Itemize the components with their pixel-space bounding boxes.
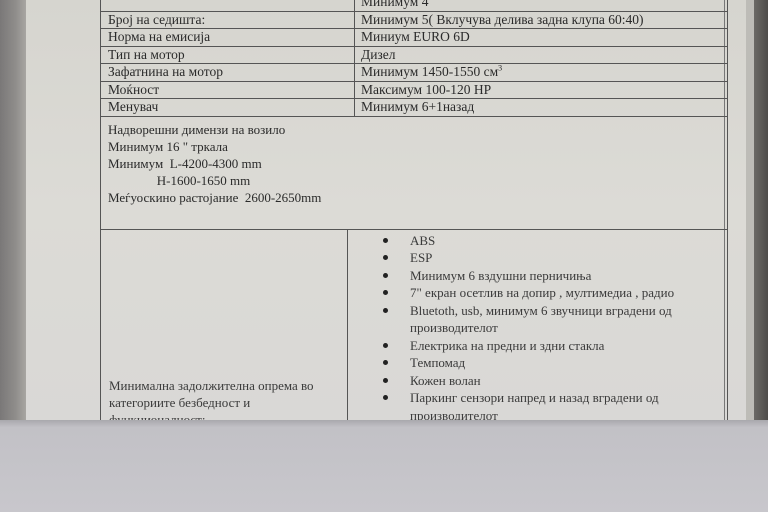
dimensions-line: Минимум 16 " тркала [108,138,720,155]
list-item-text: ABS [410,233,435,248]
spec-label: Број на седишта: [101,12,355,29]
spec-value: Минимум 5( Вклучува делива задна клупа 6… [355,12,727,29]
page-right-margin [746,0,754,420]
list-item: Минимум 6 вздушни перничиња [383,267,720,285]
list-item: 7" екран осетлив на допир , мултимедиа ,… [383,284,720,302]
bullet-icon [383,290,388,295]
spec-label: Менувач [101,99,355,116]
equipment-row: Минимална задолжителна опрема во категор… [101,230,727,421]
dimensions-line: Меѓуоскино растојание 2600-2650mm [108,189,720,206]
spec-value: Максимум 100-120 HP [355,82,727,99]
dimensions-line: Минимум L-4200-4300 mm [108,155,720,172]
list-item: Кожен волан [383,372,720,390]
spec-label: Зафатнина на мотор [101,64,355,81]
list-item-text: Минимум 6 вздушни перничиња [410,268,591,283]
list-item-text: 7" екран осетлив на допир , мултимедиа ,… [410,285,674,300]
spec-row-power: Моќност Максимум 100-120 HP [101,82,727,100]
list-item-text: Паркинг сензори напред и назад вградени … [410,390,659,420]
monitor-bezel-right [754,0,768,420]
spec-value-text: Минимум 1450-1550 см [361,64,498,79]
bullet-icon [383,360,388,365]
monitor-bezel-left [0,0,26,420]
dimensions-title: Надворешни димензи на возило [108,121,720,138]
spec-row-seats: Број на седишта: Минимум 5( Вклучува дел… [101,12,727,30]
spec-label: Норма на емисија [101,29,355,46]
superscript: 3 [498,64,502,73]
spec-row-gearbox: Менувач Минимум 6+1назад [101,99,727,117]
spec-table: Минимум 4 Број на седишта: Минимум 5( Вк… [100,0,728,420]
list-item-text: Електрика на предни и здни стакла [410,338,604,353]
equipment-list: ABS ESP Минимум 6 вздушни перничиња 7" е… [348,232,727,421]
bullet-icon [383,255,388,260]
list-item: Паркинг сензори напред и назад вградени … [383,389,720,420]
bullet-icon [383,308,388,313]
list-item-text: Кожен волан [410,373,481,388]
bullet-icon [383,273,388,278]
spec-label: Тип на мотор [101,47,355,64]
list-item: ABS [383,232,720,250]
equipment-label: Минимална задолжителна опрема во категор… [109,377,339,421]
list-item: ESP [383,249,720,267]
spec-value: Дизел [355,47,727,64]
spec-row-emission: Норма на емисија Миниум EURO 6D [101,29,727,47]
equipment-list-cell: ABS ESP Минимум 6 вздушни перничиња 7" е… [348,230,727,421]
list-item: Електрика на предни и здни стакла [383,337,720,355]
list-item-text: ESP [410,250,432,265]
bullet-icon [383,343,388,348]
spec-value: Миниум EURO 6D [355,29,727,46]
spec-row-displacement: Зафатнина на мотор Минимум 1450-1550 см3 [101,64,727,82]
list-item: Темпомад [383,354,720,372]
spec-value: Минимум 6+1назад [355,99,727,116]
bullet-icon [383,395,388,400]
bullet-icon [383,238,388,243]
dimensions-cell: Надворешни димензи на возило Минимум 16 … [101,117,727,230]
equipment-label-cell: Минимална задолжителна опрема во категор… [101,230,348,421]
monitor-bottom-bezel [0,420,768,512]
list-item-text: Темпомад [410,355,465,370]
spec-row-engine-type: Тип на мотор Дизел [101,47,727,65]
dimensions-line: H-1600-1650 mm [108,172,720,189]
list-item: Bluetoth, usb, минимум 6 звучници вграде… [383,302,720,337]
spec-label [101,0,355,11]
spec-label: Моќност [101,82,355,99]
spec-value: Минимум 4 [355,0,727,11]
bullet-icon [383,378,388,383]
spec-value: Минимум 1450-1550 см3 [355,64,727,81]
list-item-text: Bluetoth, usb, минимум 6 звучници вграде… [410,303,672,336]
spec-row-doors: Минимум 4 [101,0,727,12]
document-screen: Минимум 4 Број на седишта: Минимум 5( Вк… [26,0,754,420]
